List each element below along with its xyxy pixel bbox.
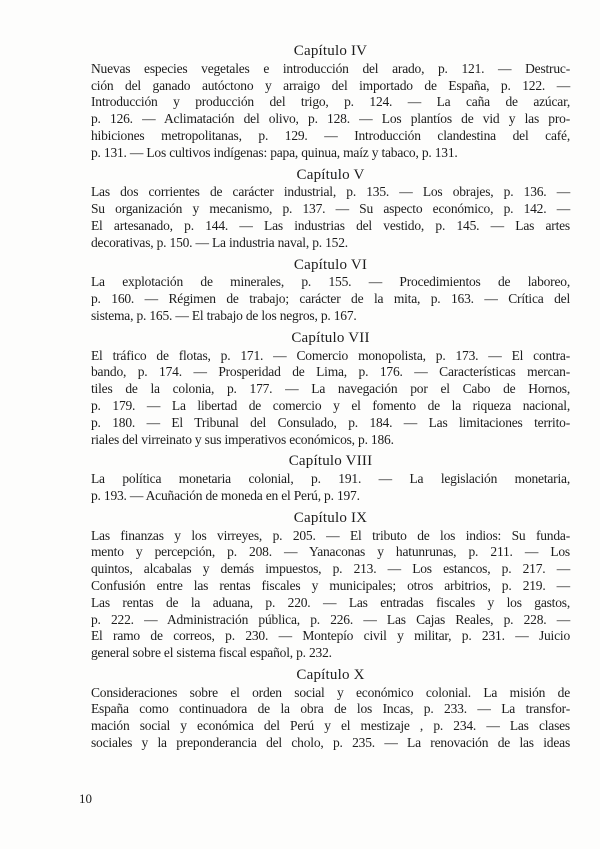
toc-line: El artesanado, p. 144. — Las industrias … [91,218,570,235]
toc-line: Su organización y mecanismo, p. 137. — S… [91,201,570,218]
chapter-body: La política monetaria colonial, p. 191. … [91,471,570,505]
chapter-body: Las finanzas y los virreyes, p. 205. — E… [91,528,570,662]
chapter-heading: Capítulo VI [91,257,570,274]
toc-line: Las dos corrientes de carácter industria… [91,184,570,201]
toc-line: La explotación de minerales, p. 155. — P… [91,274,570,291]
toc-line: bando, p. 174. — Prosperidad de Lima, p.… [91,364,570,381]
table-of-contents: Capítulo IVNuevas especies vegetales e i… [91,38,570,752]
toc-line: general sobre el sistema fiscal español,… [91,645,570,662]
toc-line: mación social y económica del Perú y el … [91,718,570,735]
chapter-heading: Capítulo V [91,167,570,184]
toc-line: Las finanzas y los virreyes, p. 205. — E… [91,528,570,545]
chapter-body: Consideraciones sobre el orden social y … [91,685,570,752]
chapter-body: El tráfico de flotas, p. 171. — Comercio… [91,348,570,449]
toc-line: Consideraciones sobre el orden social y … [91,685,570,702]
chapter-heading: Capítulo IX [91,510,570,527]
toc-line: España como continuadora de la obra de l… [91,701,570,718]
chapter-body: Nuevas especies vegetales e introducción… [91,61,570,162]
toc-line: decorativas, p. 150. — La industria nava… [91,235,570,252]
toc-line: p. 131. — Los cultivos indígenas: papa, … [91,145,570,162]
toc-line: Nuevas especies vegetales e introducción… [91,61,570,78]
toc-line: ción del ganado autóctono y arraigo del … [91,78,570,95]
chapter-heading: Capítulo X [91,667,570,684]
toc-line: p. 126. — Aclimatación del olivo, p. 128… [91,111,570,128]
chapter-heading: Capítulo IV [91,43,570,60]
book-page: Capítulo IVNuevas especies vegetales e i… [0,0,600,849]
toc-line: Confusión entre las rentas fiscales y mu… [91,578,570,595]
chapter-body: Las dos corrientes de carácter industria… [91,184,570,251]
toc-line: tiles de la colonia, p. 177. — La navega… [91,381,570,398]
toc-line: p. 222. — Administración pública, p. 226… [91,612,570,629]
toc-line: mento y percepción, p. 208. — Yanaconas … [91,544,570,561]
chapter-heading: Capítulo VII [91,330,570,347]
toc-line: Las rentas de la aduana, p. 220. — Las e… [91,595,570,612]
toc-line: La política monetaria colonial, p. 191. … [91,471,570,488]
toc-line: p. 160. — Régimen de trabajo; carácter d… [91,291,570,308]
toc-line: quintos, alcabalas y demás impuestos, p.… [91,561,570,578]
page-number: 10 [79,791,92,807]
toc-line: sociales y la preponderancia del cholo, … [91,735,570,752]
toc-line: riales del virreinato y sus imperativos … [91,432,570,449]
chapter-body: La explotación de minerales, p. 155. — P… [91,274,570,324]
toc-line: sistema, p. 165. — El trabajo de los neg… [91,308,570,325]
toc-line: El ramo de correos, p. 230. — Montepío c… [91,628,570,645]
toc-line: p. 180. — El Tribunal del Consulado, p. … [91,415,570,432]
toc-line: hibiciones metropolitanas, p. 129. — Int… [91,128,570,145]
toc-line: p. 193. — Acuñación de moneda en el Perú… [91,488,570,505]
chapter-heading: Capítulo VIII [91,453,570,470]
toc-line: El tráfico de flotas, p. 171. — Comercio… [91,348,570,365]
toc-line: p. 179. — La libertad de comercio y el f… [91,398,570,415]
toc-line: Introducción y producción del trigo, p. … [91,94,570,111]
